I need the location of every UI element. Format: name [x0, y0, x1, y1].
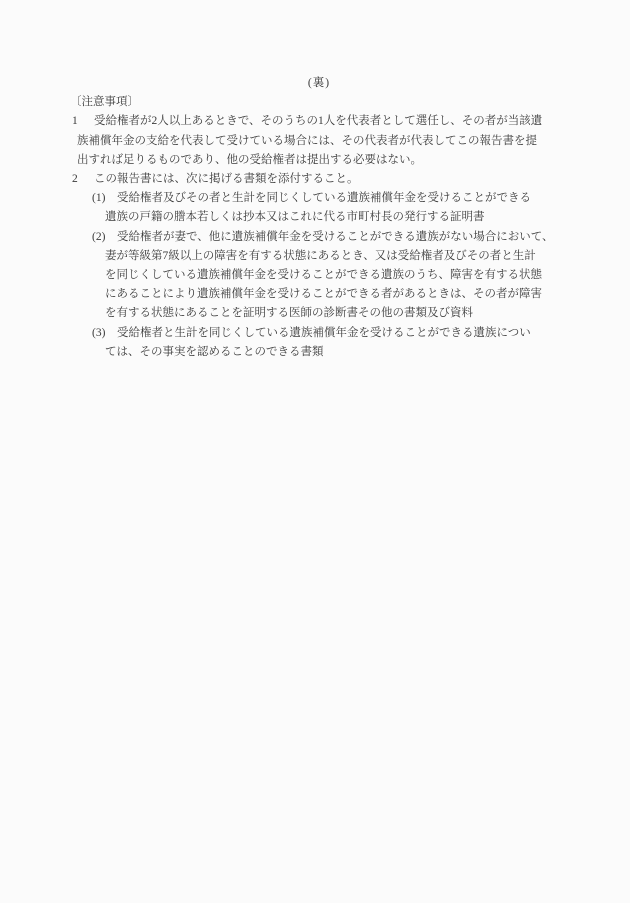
note-item-2-number: 2	[72, 170, 94, 189]
notes-heading: 〔注意事項〕	[70, 93, 568, 112]
document-page: (裏) 〔注意事項〕 1受給権者が2人以上あるときで、そのうちの1人を代表者とし…	[0, 0, 630, 903]
page-side-label: (裏)	[70, 74, 568, 93]
attachment-item-3-text: 受給権者と生計を同じくしている遺族補償年金を受けることができる遺族につい ては、…	[105, 327, 531, 358]
attachment-item-3: (3)受給権者と生計を同じくしている遺族補償年金を受けることができる遺族につい …	[70, 324, 568, 362]
note-item-1-number: 1	[72, 112, 94, 131]
note-item-1: 1受給権者が2人以上あるときで、そのうちの1人を代表者として選任し、その者が当該…	[70, 112, 568, 170]
attachment-item-1: (1)受給権者及びその者と生計を同じくしている遺族補償年金を受けることができる …	[70, 189, 568, 227]
note-item-1-text: 受給権者が2人以上あるときで、そのうちの1人を代表者として選任し、その者が当該遺…	[77, 115, 542, 165]
notes-content: (裏) 〔注意事項〕 1受給権者が2人以上あるときで、そのうちの1人を代表者とし…	[70, 74, 568, 362]
note-item-2: 2この報告書には、次に掲げる書類を添付すること。	[70, 170, 568, 189]
attachment-item-2: (2)受給権者が妻で、他に遺族補償年金を受けることができる遺族がない場合において…	[70, 228, 568, 324]
attachment-item-2-number: (2)	[92, 228, 117, 247]
note-item-2-text: この報告書には、次に掲げる書類を添付すること。	[94, 173, 359, 185]
attachment-item-2-text: 受給権者が妻で、他に遺族補償年金を受けることができる遺族がない場合において、 妻…	[105, 231, 554, 320]
attachment-item-1-text: 受給権者及びその者と生計を同じくしている遺族補償年金を受けることができる 遺族の…	[105, 192, 531, 223]
attachment-item-1-number: (1)	[92, 189, 117, 208]
attachment-item-3-number: (3)	[92, 324, 117, 343]
